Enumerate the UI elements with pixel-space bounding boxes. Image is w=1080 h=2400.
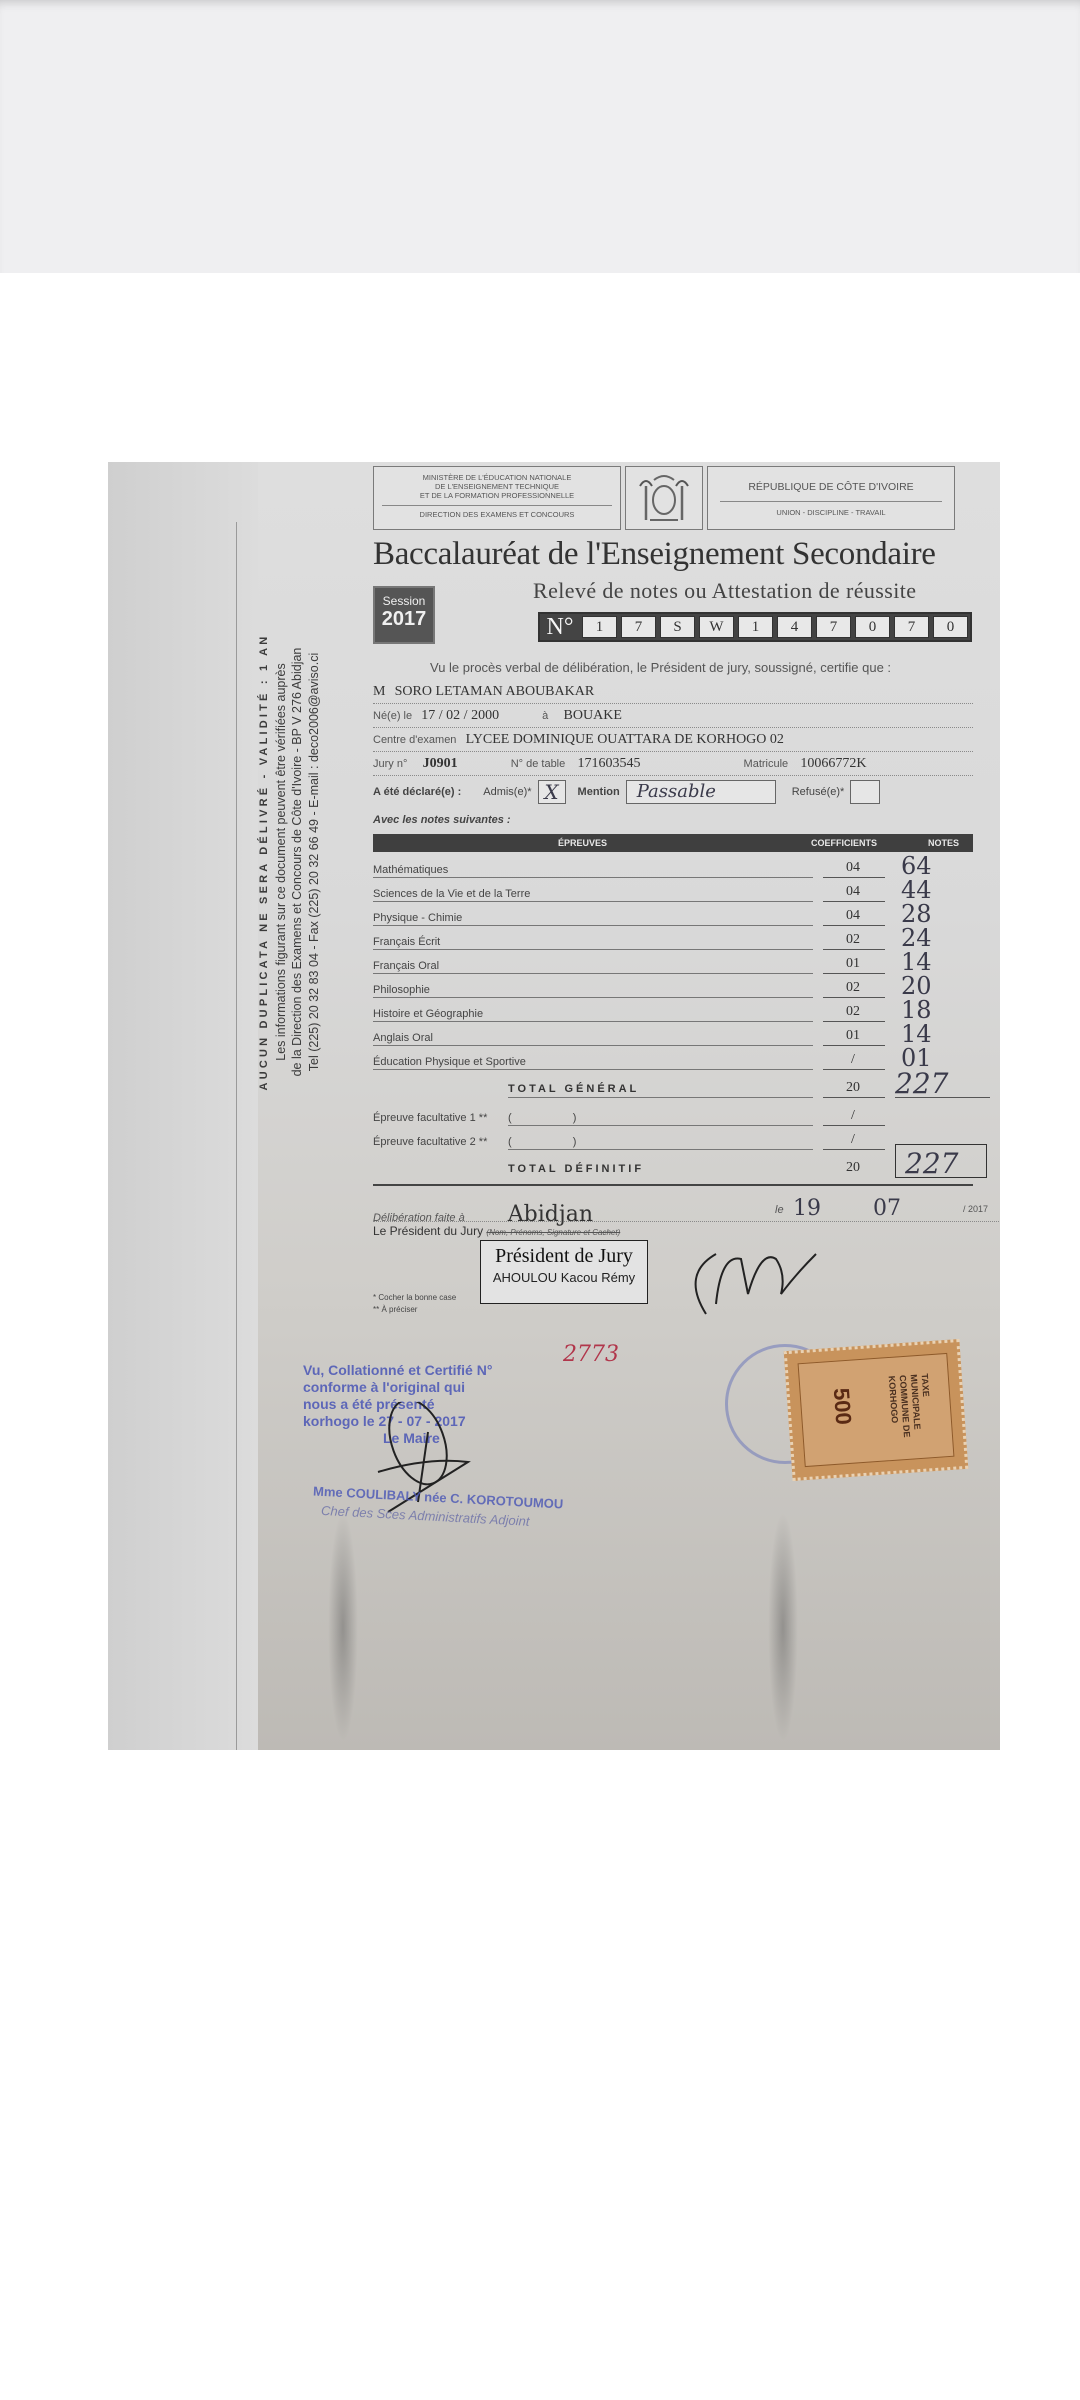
total-definitif-label: TOTAL DÉFINITIF xyxy=(508,1163,644,1175)
ministry-line: ET DE LA FORMATION PROFESSIONNELLE xyxy=(374,491,620,500)
president-hint: (Nom, Prénoms, Signature et Cachet) xyxy=(486,1228,620,1237)
grade-row: Éducation Physique et Sportive/01 xyxy=(373,1046,973,1070)
exam-center-line: Centre d'examen LYCEE DOMINIQUE OUATTARA… xyxy=(373,732,973,752)
matricule-label: Matricule xyxy=(744,758,789,770)
number-digit: 0 xyxy=(933,616,968,638)
subject-coef: 02 xyxy=(823,932,883,948)
republic-name: RÉPUBLIQUE DE CÔTE D'IVOIRE xyxy=(708,481,954,493)
total-general-row: TOTAL GÉNÉRAL 20 227 xyxy=(373,1074,973,1098)
number-digit: 7 xyxy=(816,616,851,638)
certify-statement: Vu le procès verbal de délibération, le … xyxy=(430,660,891,675)
subject-name: Mathématiques xyxy=(373,864,448,876)
deliberation-year: / 2017 xyxy=(963,1204,988,1214)
subject-coef: / xyxy=(823,1052,883,1068)
subject-coef: 04 xyxy=(823,884,883,900)
admitted-checkbox: X xyxy=(538,780,566,804)
document-photo[interactable]: AUCUN DUPLICATA NE SERA DÉLIVRÉ - VALIDI… xyxy=(108,462,1000,1750)
civility-label: M xyxy=(373,684,385,699)
section-divider xyxy=(373,1184,973,1186)
subject-name: Philosophie xyxy=(373,984,430,996)
footnote-2: ** À préciser xyxy=(373,1304,456,1316)
number-digit: 0 xyxy=(855,616,890,638)
date-label: le xyxy=(775,1204,784,1216)
deliberation-label: Délibération faite à xyxy=(373,1212,465,1224)
jury-president-stamp: Président de Jury AHOULOU Kacou Rémy xyxy=(480,1240,648,1304)
transcript-sheet: MINISTÈRE DE L'ÉDUCATION NATIONALE DE L'… xyxy=(236,462,1000,1750)
president-signature-icon xyxy=(676,1234,826,1324)
exam-center: LYCEE DOMINIQUE OUATTARA DE KORHOGO 02 xyxy=(466,732,784,747)
subject-name: Français Écrit xyxy=(373,936,440,948)
tax-stamp: 500 TAXE MUNICIPALE COMMUNE DE KORHOGO xyxy=(784,1339,969,1481)
refused-checkbox xyxy=(850,780,880,804)
subject-name: Physique - Chimie xyxy=(373,912,462,924)
number-digit: 1 xyxy=(738,616,773,638)
column-notes: NOTES xyxy=(928,838,959,848)
optional-subject: ( ) xyxy=(508,1112,576,1124)
subject-coef: 04 xyxy=(823,860,883,876)
ministry-line: MINISTÈRE DE L'ÉDUCATION NATIONALE xyxy=(374,473,620,482)
certification-number: 2773 xyxy=(563,1342,619,1367)
mention-label: Mention xyxy=(578,786,620,798)
president-label: Le Président du Jury xyxy=(373,1224,483,1238)
grade-row: Anglais Oral0114 xyxy=(373,1022,973,1046)
stamp-name: AHOULOU Kacou Rémy xyxy=(481,1268,647,1285)
subject-coef: 01 xyxy=(823,1028,883,1044)
candidate-name-line: M SORO LETAMAN ABOUBAKAR xyxy=(373,684,973,704)
total-general-coef: 20 xyxy=(823,1080,883,1096)
deliberation-line: Délibération faite à Abidjan le 19 07 / … xyxy=(373,1202,1000,1222)
number-digit: 7 xyxy=(621,616,656,638)
decision-row: A été déclaré(e) : Admis(e)* X Mention P… xyxy=(373,780,880,804)
table-label: N° de table xyxy=(511,758,566,770)
total-definitif-box xyxy=(895,1144,987,1178)
at-label: à xyxy=(542,710,548,722)
birth-line: Né(e) le 17 / 02 / 2000 à BOUAKE xyxy=(373,708,973,728)
jury-label: Jury n° xyxy=(373,758,407,770)
mention-field: Passable xyxy=(626,780,776,804)
grade-row: Philosophie0220 xyxy=(373,974,973,998)
optional-label: Épreuve facultative 2 ** xyxy=(373,1136,487,1148)
subject-coef: 02 xyxy=(823,1004,883,1020)
session-badge: Session 2017 xyxy=(373,586,435,644)
optional-coef: / xyxy=(823,1108,883,1124)
total-definitif-row: TOTAL DÉFINITIF 20 227 xyxy=(373,1154,973,1178)
number-digit: 4 xyxy=(777,616,812,638)
direction-label: DIRECTION DES EXAMENS ET CONCOURS xyxy=(374,510,620,519)
subject-name: Sciences de la Vie et de la Terre xyxy=(373,888,530,900)
official-signature-block: Mme COULIBALY née C. KOROTOUMOU Chef des… xyxy=(313,1490,563,1524)
grades-table-header: ÉPREUVES COEFFICIENTS NOTES xyxy=(373,834,973,852)
total-definitif-coef: 20 xyxy=(823,1160,883,1176)
grade-row: Physique - Chimie0428 xyxy=(373,902,973,926)
optional-subject: ( ) xyxy=(508,1136,576,1148)
number-label: N° xyxy=(540,614,580,640)
grade-row: Mathématiques0464 xyxy=(373,854,973,878)
grade-row: Français Oral0114 xyxy=(373,950,973,974)
tax-stamp-amount: 500 xyxy=(828,1387,856,1425)
stamp-line: conforme à l'original qui xyxy=(303,1379,492,1396)
subject-coef: 02 xyxy=(823,980,883,996)
declared-label: A été déclaré(e) : xyxy=(373,786,461,798)
number-digit: S xyxy=(660,616,695,638)
subject-name: Français Oral xyxy=(373,960,439,972)
refused-label: Refusé(e)* xyxy=(792,786,845,798)
optional-coef: / xyxy=(823,1132,883,1148)
viewer-top-band xyxy=(0,0,1080,273)
candidate-name: SORO LETAMAN ABOUBAKAR xyxy=(395,684,595,699)
document-subtitle: Relevé de notes ou Attestation de réussi… xyxy=(533,578,916,604)
admitted-label: Admis(e)* xyxy=(483,786,531,798)
grade-row: Histoire et Géographie0218 xyxy=(373,998,973,1022)
grade-row: Sciences de la Vie et de la Terre0444 xyxy=(373,878,973,902)
subject-coef: 01 xyxy=(823,956,883,972)
national-motto: UNION - DISCIPLINE - TRAVAIL xyxy=(708,508,954,517)
birth-date: 17 / 02 / 2000 xyxy=(421,708,499,723)
coat-of-arms-icon xyxy=(625,466,703,530)
republic-box: RÉPUBLIQUE DE CÔTE D'IVOIRE UNION - DISC… xyxy=(707,466,955,530)
optional-label: Épreuve facultative 1 ** xyxy=(373,1112,487,1124)
subject-name: Éducation Physique et Sportive xyxy=(373,1056,526,1068)
footnotes: * Cocher la bonne case ** À préciser xyxy=(373,1292,456,1316)
ministry-box: MINISTÈRE DE L'ÉDUCATION NATIONALE DE L'… xyxy=(373,466,621,530)
center-label: Centre d'examen xyxy=(373,734,456,746)
subject-coef: 04 xyxy=(823,908,883,924)
table-number: 171603545 xyxy=(577,756,640,771)
stamp-line: Vu, Collationné et Certifié N° xyxy=(303,1362,492,1379)
born-label: Né(e) le xyxy=(373,710,412,722)
matricule: 10066772K xyxy=(800,756,866,771)
total-general-label: TOTAL GÉNÉRAL xyxy=(508,1083,639,1095)
column-subjects: ÉPREUVES xyxy=(558,838,607,848)
subject-name: Anglais Oral xyxy=(373,1032,433,1044)
jury-line: Jury n° J0901 N° de table 171603545 Matr… xyxy=(373,756,973,776)
document-header: MINISTÈRE DE L'ÉDUCATION NATIONALE DE L'… xyxy=(373,466,955,530)
grades-intro: Avec les notes suivantes : xyxy=(373,814,511,826)
number-digit: 7 xyxy=(894,616,929,638)
session-label: Session xyxy=(375,588,433,608)
tax-stamp-text: TAXE MUNICIPALE COMMUNE DE KORHOGO xyxy=(886,1373,935,1456)
optional-exam-row: Épreuve facultative 1 **( )/ xyxy=(373,1102,973,1126)
certificate-number: N° 17SW147070 xyxy=(538,612,972,642)
number-digit: W xyxy=(699,616,734,638)
column-coefficients: COEFFICIENTS xyxy=(811,838,877,848)
subject-name: Histoire et Géographie xyxy=(373,1008,483,1020)
grade-row: Français Écrit0224 xyxy=(373,926,973,950)
number-digit: 1 xyxy=(582,616,617,638)
stamp-title: Président de Jury xyxy=(481,1241,647,1268)
jury-number: J0901 xyxy=(423,756,458,771)
optional-exam-row: Épreuve facultative 2 **( )/ xyxy=(373,1126,973,1150)
total-general-note: 227 xyxy=(895,1067,948,1100)
birth-place: BOUAKE xyxy=(564,708,622,723)
ministry-line: DE L'ENSEIGNEMENT TECHNIQUE xyxy=(374,482,620,491)
session-year: 2017 xyxy=(375,608,433,631)
jury-president-line: Le Président du Jury (Nom, Prénoms, Sign… xyxy=(373,1224,620,1238)
document-title: Baccalauréat de l'Enseignement Secondair… xyxy=(373,536,936,573)
deliberation-day: 19 xyxy=(793,1196,821,1221)
footnote-1: * Cocher la bonne case xyxy=(373,1292,456,1304)
deliberation-month: 07 xyxy=(873,1196,901,1221)
